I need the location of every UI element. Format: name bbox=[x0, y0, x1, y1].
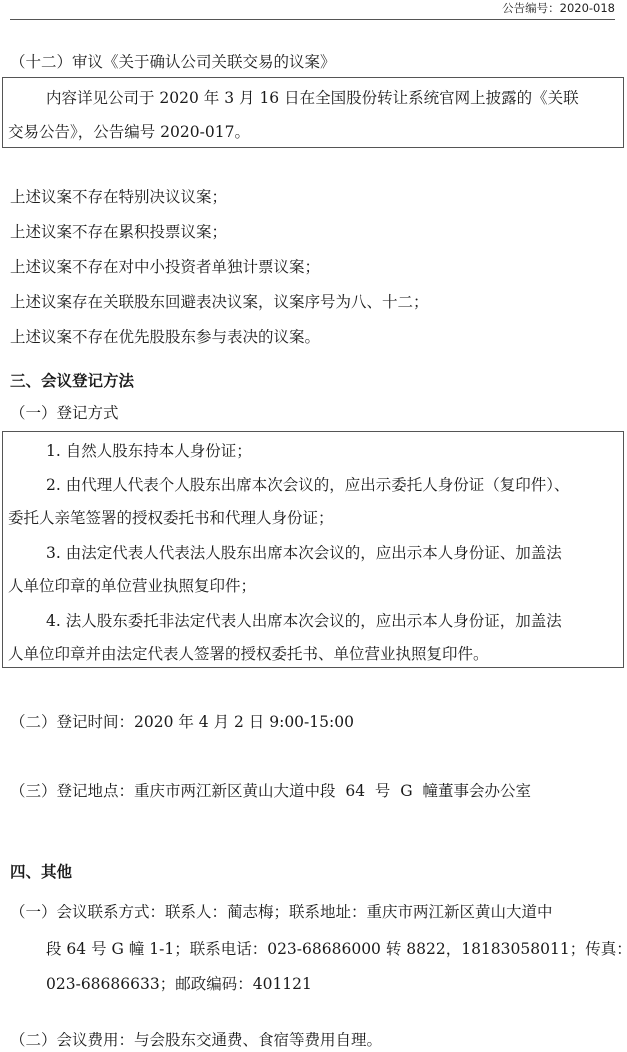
header-divider bbox=[10, 19, 615, 20]
section3-title: 三、会议登记方法 bbox=[10, 371, 134, 391]
section3-sub1-title: （一）登记方式 bbox=[10, 403, 119, 423]
announcement-number: 公告编号：2020-018 bbox=[502, 0, 615, 16]
reg-line-7: 人单位印章并由法定代表人签署的授权委托书、单位营业执照复印件。 bbox=[8, 644, 489, 664]
item12-box-line-2: 交易公告》，公告编号 2020-017。 bbox=[8, 122, 250, 142]
reg-line-2: 2. 由代理人代表个人股东出席本次会议的，应出示委托人身份证（复印件）、 bbox=[46, 475, 569, 495]
item12-box-line-1: 内容详见公司于 2020 年 3 月 16 日在全国股份转让系统官网上披露的《关… bbox=[46, 88, 579, 108]
registration-location: （三）登记地点：重庆市两江新区黄山大道中段 64 号 G 幢董事会办公室 bbox=[10, 781, 531, 801]
reg-line-6: 4. 法人股东委托非法定代表人出席本次会议的，应出示本人身份证，加盖法 bbox=[46, 611, 562, 631]
contact-line-1: （一）会议联系方式：联系人：蔺志梅；联系地址：重庆市两江新区黄山大道中 bbox=[10, 902, 553, 922]
statement-5: 上述议案不存在优先股股东参与表决的议案。 bbox=[10, 327, 320, 347]
section4-title: 四、其他 bbox=[10, 862, 72, 882]
contact-line-3: 023-68686633；邮政编码：401121 bbox=[46, 974, 312, 994]
reg-line-4: 3. 由法定代表人代表法人股东出席本次会议的，应出示本人身份证、加盖法 bbox=[46, 543, 562, 563]
meeting-fees: （二）会议费用：与会股东交通费、食宿等费用自理。 bbox=[10, 1030, 382, 1050]
reg-line-5: 人单位印章的单位营业执照复印件； bbox=[8, 576, 256, 596]
statement-3: 上述议案不存在对中小投资者单独计票议案； bbox=[10, 257, 320, 277]
reg-line-1: 1. 自然人股东持本人身份证； bbox=[46, 441, 252, 461]
statement-4: 上述议案存在关联股东回避表决议案，议案序号为八、十二； bbox=[10, 292, 429, 312]
reg-line-3: 委托人亲笔签署的授权委托书和代理人身份证； bbox=[8, 508, 334, 528]
registration-time: （二）登记时间：2020 年 4 月 2 日 9:00-15:00 bbox=[10, 712, 354, 732]
contact-line-2: 段 64 号 G 幢 1-1；联系电话：023-68686000 转 8822，… bbox=[46, 939, 627, 959]
item12-title: （十二）审议《关于确认公司关联交易的议案》 bbox=[10, 52, 336, 72]
statement-1: 上述议案不存在特别决议议案； bbox=[10, 187, 227, 207]
statement-2: 上述议案不存在累积投票议案； bbox=[10, 222, 227, 242]
